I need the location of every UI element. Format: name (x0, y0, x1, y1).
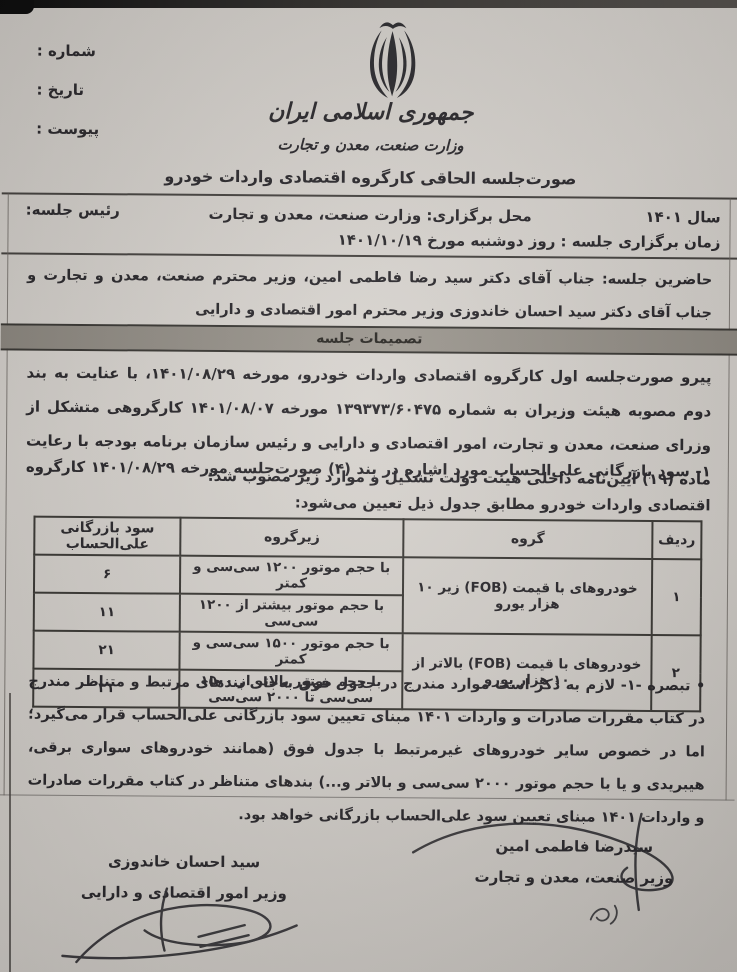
signer-title: وزیر صنعت، معدن و تجارت (454, 862, 694, 895)
decision-item-1: ۱- سود بازرگانی علی‌الحساب مورد اشاره در… (25, 450, 710, 523)
col-header-profit: سود بازرگانی علی‌الحساب (34, 517, 180, 556)
meeting-chairman-label: رئیس جلسه: (26, 201, 120, 220)
ministry-name-calligraphy: وزارت صنعت، معدن و تجارت (2, 133, 737, 156)
number-field-label: شماره : (37, 42, 129, 61)
cell-row-no: ۱ (652, 559, 702, 635)
document-content: شماره : تاریخ : پیوست : جمهوری اسلامی ای… (0, 0, 737, 972)
signature-block-economy-minister: سید احسان خاندوزی وزیر امور اقتصادی و دا… (59, 846, 309, 910)
cell-profit: ۱۱ (34, 593, 180, 632)
paraph-mark (585, 898, 627, 930)
signer-title: وزیر امور اقتصادی و دارایی (59, 877, 309, 910)
cell-subgroup: با حجم موتور ۱۲۰۰ سی‌سی و کمتر (180, 556, 403, 596)
org-name-calligraphy: جمهوری اسلامی ایران (2, 97, 737, 127)
col-header-group: گروه (403, 519, 652, 559)
cell-profit: ۶ (34, 555, 180, 594)
scanned-document: شماره : تاریخ : پیوست : جمهوری اسلامی ای… (0, 0, 737, 972)
signer-name: سید احسان خاندوزی (59, 846, 309, 879)
cell-subgroup: با حجم موتور بیشتر از ۱۲۰۰ سی‌سی (180, 594, 403, 634)
meeting-time: زمان برگزاری جلسه : روز دوشنبه مورخ ۱۴۰۱… (338, 231, 721, 252)
frame-border-right (726, 199, 731, 801)
page-title: صورت‌جلسه الحاقی کارگروه اقتصادی واردات … (2, 165, 737, 189)
iran-emblem-icon (354, 16, 431, 107)
col-header-subgroup: زیرگروه (180, 518, 403, 558)
letterhead-meta: شماره : تاریخ : پیوست : (36, 42, 129, 139)
frame-border-left (4, 193, 9, 795)
cell-group: خودروهای با قیمت (FOB) زیر ۱۰ هزار یورو (403, 557, 652, 635)
signature-block-industry-minister: سیدرضا فاطمی امین وزیر صنعت، معدن و تجار… (454, 831, 694, 895)
divider (1, 252, 737, 259)
divider (2, 192, 737, 199)
date-field-label: تاریخ : (36, 81, 128, 100)
attendees-paragraph: حاضرین جلسه: جناب آقای دکتر سید رضا فاطم… (27, 260, 712, 331)
col-header-row-no: ردیف (652, 521, 701, 559)
paper-edge-line (9, 693, 11, 972)
table-header-row: ردیف گروه زیرگروه سود بازرگانی علی‌الحسا… (34, 517, 701, 560)
decisions-banner: تصمیمات جلسه (1, 323, 737, 355)
table-row: ۱ خودروهای با قیمت (FOB) زیر ۱۰ هزار یور… (34, 555, 701, 598)
cell-subgroup: با حجم موتور ۱۵۰۰ سی‌سی و کمتر (179, 632, 402, 672)
scan-corner-shadow (0, 0, 34, 14)
scan-top-edge (0, 0, 737, 8)
signer-name: سیدرضا فاطمی امین (454, 831, 694, 864)
note-paragraph: • تبصره -۱- لازم به ذکر است موارد مندرج … (27, 666, 705, 836)
cell-profit: ۲۱ (33, 631, 179, 670)
